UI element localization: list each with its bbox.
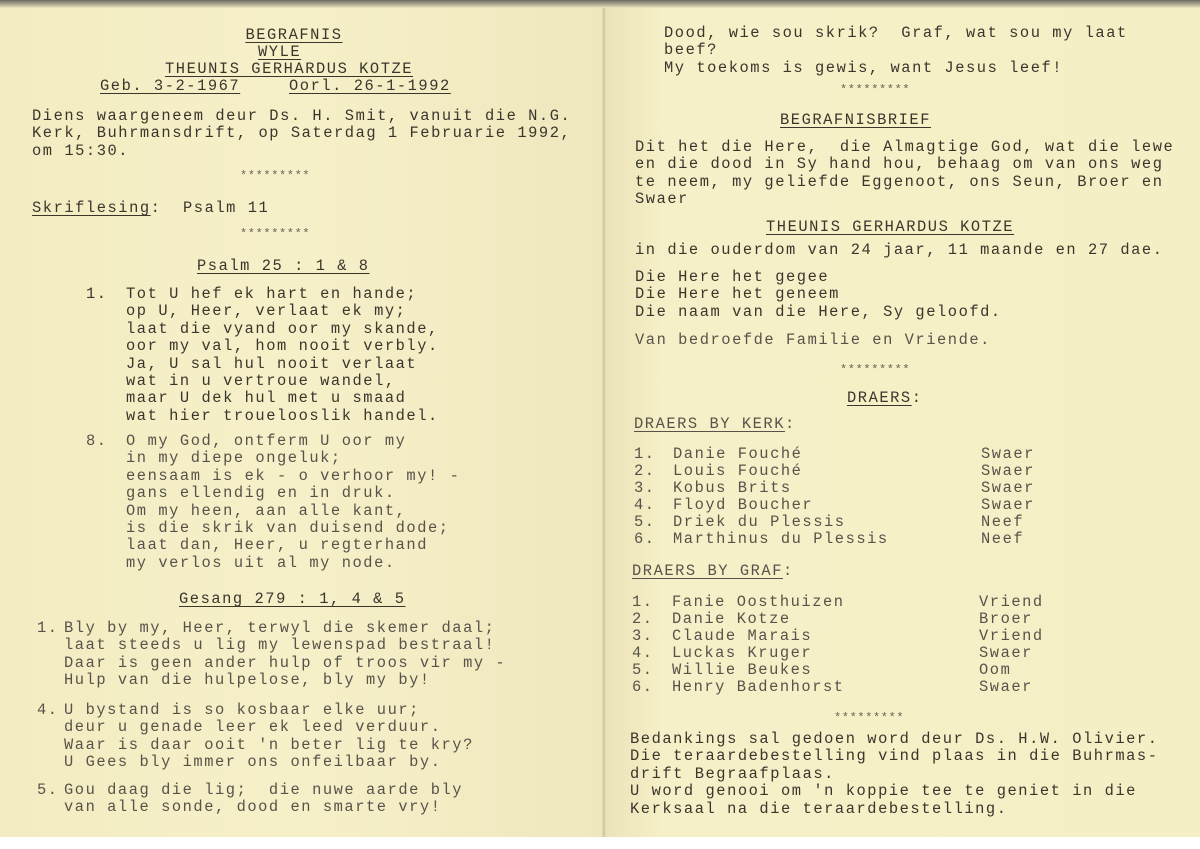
scripture-verse: Die Here het gegee Die Here het geneem D… — [635, 269, 1002, 321]
verse-number: 4. — [37, 702, 59, 719]
closing-line: Die teraardebestelling vind plaas in die… — [630, 748, 1159, 765]
bearer-name: Willie Beukes — [672, 662, 812, 679]
bearer-relation: Oom — [979, 662, 1011, 679]
verse-line: gans ellendig en in druk. — [126, 485, 460, 502]
separator: ********* — [240, 168, 310, 185]
verse-line: Waar is daar ooit 'n beter lig te kry? — [64, 737, 474, 754]
verse-number: 1. — [37, 620, 59, 637]
bearer-relation: Swaer — [979, 679, 1033, 696]
bearer-name: Kobus Brits — [673, 480, 792, 497]
scan-bottom-edge — [0, 837, 1200, 849]
bearer-name: Danie Fouché — [673, 446, 802, 463]
bearer-row: 1.Danie FouchéSwaer — [634, 446, 656, 463]
bearer-number: 6. — [632, 678, 654, 696]
bearer-row: 2.Louis FouchéSwaer — [634, 463, 656, 480]
verse-line: Om my heen, aan alle kant, — [126, 503, 460, 520]
bearer-number: 5. — [632, 661, 654, 679]
bearer-number: 1. — [634, 445, 656, 463]
grave-bearers-list: 1.Fanie OosthuizenVriend 2.Danie KotzeBr… — [632, 594, 1132, 699]
scripture-value: : Psalm 11 — [151, 199, 270, 217]
bearer-relation: Swaer — [981, 463, 1035, 480]
program-subtitle: WYLE — [258, 44, 301, 61]
verse-line: laat dan, Heer, u regterhand — [126, 537, 460, 554]
death-date: Oorl. 26-1-1992 — [289, 78, 451, 95]
psalm-verse-8: 8. O my God, ontferm U oor my in my diep… — [86, 433, 460, 572]
verse-line: is die skrik van duisend dode; — [126, 520, 460, 537]
grave-bearers-label: DRAERS BY GRAF: — [632, 563, 794, 580]
letter-line: Dit het die Here, die Almagtige God, wat… — [635, 139, 1174, 156]
service-line: Diens waargeneem deur Ds. H. Smit, vanui… — [32, 108, 571, 125]
letter-body: Dit het die Here, die Almagtige God, wat… — [635, 139, 1174, 209]
bearer-row: 1.Fanie OosthuizenVriend — [632, 594, 654, 611]
bearer-relation: Swaer — [981, 446, 1035, 463]
scripture-reading: Skriflesing: Psalm 11 — [32, 200, 269, 217]
closing-line: U word genooi om 'n koppie tee te geniet… — [630, 783, 1159, 800]
verse-line: my verlos uit al my node. — [126, 555, 460, 572]
verse-line: wat in u vertroue wandel, — [126, 373, 439, 390]
verse-line: Gou daag die lig; die nuwe aarde bly — [64, 782, 463, 799]
closing-line: Bedankings sal gedoen word deur Ds. H.W.… — [630, 731, 1159, 748]
bearer-number: 2. — [632, 610, 654, 628]
closing-line: Kerksaal na die teraardebestelling. — [630, 801, 1159, 818]
verse-line: Tot U hef ek hart en hande; — [126, 286, 439, 303]
hymn-verse-4: 4. U bystand is so kosbaar elke uur; deu… — [37, 702, 474, 772]
bearers-heading-text: DRAERS — [847, 389, 912, 407]
church-bearers-label: DRAERS BY KERK: — [634, 416, 796, 433]
deceased-name: THEUNIS GERHARDUS KOTZE — [165, 61, 413, 78]
bearer-row: 2.Danie KotzeBroer — [632, 611, 654, 628]
bearer-relation: Broer — [979, 611, 1033, 628]
service-line: Kerk, Buhrmansdrift, op Saterdag 1 Febru… — [32, 125, 571, 142]
bearer-row: 6.Henry BadenhorstSwaer — [632, 679, 654, 696]
bearer-name: Louis Fouché — [673, 463, 802, 480]
bearer-number: 4. — [632, 644, 654, 662]
program-title: BEGRAFNIS — [234, 27, 354, 44]
bearer-number: 3. — [632, 627, 654, 645]
verse-line: Die Here het geneem — [635, 286, 1002, 303]
bearer-number: 3. — [634, 479, 656, 497]
verse-number: 5. — [37, 782, 59, 799]
scan-top-edge — [0, 0, 1200, 8]
deceased-age: in die ouderdom van 24 jaar, 11 maande e… — [635, 242, 1164, 259]
bearer-row: 4.Luckas KrugerSwaer — [632, 645, 654, 662]
bearer-number: 4. — [634, 496, 656, 514]
closing-notes: Bedankings sal gedoen word deur Ds. H.W.… — [630, 731, 1159, 818]
bearer-name: Floyd Boucher — [673, 497, 813, 514]
bearer-row: 3.Kobus BritsSwaer — [634, 480, 656, 497]
verse-line: deur u genade leer ek leed verduur. — [64, 719, 474, 736]
bearer-row: 5.Willie BeukesOom — [632, 662, 654, 679]
hymn-continued: Dood, wie sou skrik? Graf, wat sou my la… — [664, 25, 1128, 77]
bearer-name: Claude Marais — [672, 628, 812, 645]
verse-line: Dood, wie sou skrik? Graf, wat sou my la… — [664, 25, 1128, 42]
church-bearers-label-text: DRAERS BY KERK — [634, 415, 785, 433]
verse-line: Hulp van die hulpelose, bly my by! — [64, 672, 506, 689]
verse-line: Die Here het gegee — [635, 269, 1002, 286]
bearer-name: Danie Kotze — [672, 611, 791, 628]
separator: ********* — [840, 82, 910, 99]
bearer-name: Luckas Kruger — [672, 645, 812, 662]
church-bearers-list: 1.Danie FouchéSwaer 2.Louis FouchéSwaer … — [634, 446, 1134, 551]
letter-line: te neem, my geliefde Eggenoot, ons Seun,… — [635, 174, 1174, 191]
verse-line: in my diepe ongeluk; — [126, 450, 460, 467]
bearer-name: Henry Badenhorst — [672, 679, 845, 696]
bearer-number: 5. — [634, 513, 656, 531]
verse-line: maar U dek hul met u smaad — [126, 390, 439, 407]
scripture-label: Skriflesing — [32, 199, 151, 217]
hymn-heading: Gesang 279 : 1, 4 & 5 — [179, 591, 406, 608]
verse-line: U bystand is so kosbaar elke uur; — [64, 702, 474, 719]
bearer-row: 5.Driek du PlessisNeef — [634, 514, 656, 531]
verse-line: O my God, ontferm U oor my — [126, 433, 460, 450]
birth-date: Geb. 3-2-1967 — [100, 78, 240, 95]
verse-line: laat steeds u lig my lewenspad bestraal! — [64, 637, 506, 654]
bearer-name: Fanie Oosthuizen — [672, 594, 845, 611]
verse-line: op U, Heer, verlaat ek my; — [126, 303, 439, 320]
bearer-relation: Swaer — [981, 497, 1035, 514]
bearer-row: 6.Marthinus du PlessisNeef — [634, 531, 656, 548]
verse-number: 1. — [86, 286, 108, 303]
hymn-verse-1: 1. Bly by my, Heer, terwyl die skemer da… — [37, 620, 506, 690]
verse-line: eensaam is ek - o verhoor my! - — [126, 468, 460, 485]
separator: ********* — [240, 226, 310, 243]
bearer-relation: Neef — [981, 514, 1024, 531]
bearer-row: 4.Floyd BoucherSwaer — [634, 497, 656, 514]
verse-line: Daar is geen ander hulp of troos vir my … — [64, 655, 506, 672]
bearer-relation: Neef — [981, 531, 1024, 548]
verse-line: oor my val, hom nooit verbly. — [126, 338, 439, 355]
verse-line: beef? — [664, 42, 1128, 59]
grave-bearers-label-text: DRAERS BY GRAF — [632, 562, 783, 580]
hymn-verse-5: 5. Gou daag die lig; die nuwe aarde bly … — [37, 782, 463, 817]
letter-line: en die dood in Sy hand hou, behaag om va… — [635, 156, 1174, 173]
bearer-relation: Vriend — [979, 594, 1044, 611]
letter-line: Swaer — [635, 191, 1174, 208]
psalm-verse-1: 1. Tot U hef ek hart en hande; op U, Hee… — [86, 286, 439, 425]
bearer-relation: Swaer — [979, 645, 1033, 662]
bearer-name: Marthinus du Plessis — [673, 531, 889, 548]
verse-line: My toekoms is gewis, want Jesus leef! — [664, 60, 1128, 77]
psalm-heading: Psalm 25 : 1 & 8 — [197, 258, 370, 275]
bearer-relation: Vriend — [979, 628, 1044, 645]
service-line: om 15:30. — [32, 143, 571, 160]
bearer-number: 6. — [634, 530, 656, 548]
bearer-number: 1. — [632, 593, 654, 611]
bearer-name: Driek du Plessis — [673, 514, 846, 531]
verse-line: Bly by my, Heer, terwyl die skemer daal; — [64, 620, 506, 637]
verse-line: Die naam van die Here, Sy geloofd. — [635, 304, 1002, 321]
bearer-row: 3.Claude MaraisVriend — [632, 628, 654, 645]
letter-deceased-name: THEUNIS GERHARDUS KOTZE — [766, 219, 1014, 236]
bearer-number: 2. — [634, 462, 656, 480]
separator: ********* — [840, 362, 910, 379]
center-fold — [602, 8, 606, 837]
closing-line: drift Begraafplaas. — [630, 766, 1159, 783]
verse-line: Ja, U sal hul nooit verlaat — [126, 356, 439, 373]
verse-line: laat die vyand oor my skande, — [126, 321, 439, 338]
verse-line: U Gees bly immer ons onfeilbaar by. — [64, 754, 474, 771]
letter-heading: BEGRAFNISBRIEF — [780, 112, 931, 129]
letter-sender: Van bedroefde Familie en Vriende. — [635, 332, 991, 349]
separator: ********* — [834, 710, 904, 727]
verse-line: van alle sonde, dood en smarte vry! — [64, 799, 463, 816]
bearer-relation: Swaer — [981, 480, 1035, 497]
bearers-heading: DRAERS: — [847, 390, 923, 407]
verse-number: 8. — [86, 433, 108, 450]
service-details: Diens waargeneem deur Ds. H. Smit, vanui… — [32, 108, 571, 160]
verse-line: wat hier trouelooslik handel. — [126, 408, 439, 425]
